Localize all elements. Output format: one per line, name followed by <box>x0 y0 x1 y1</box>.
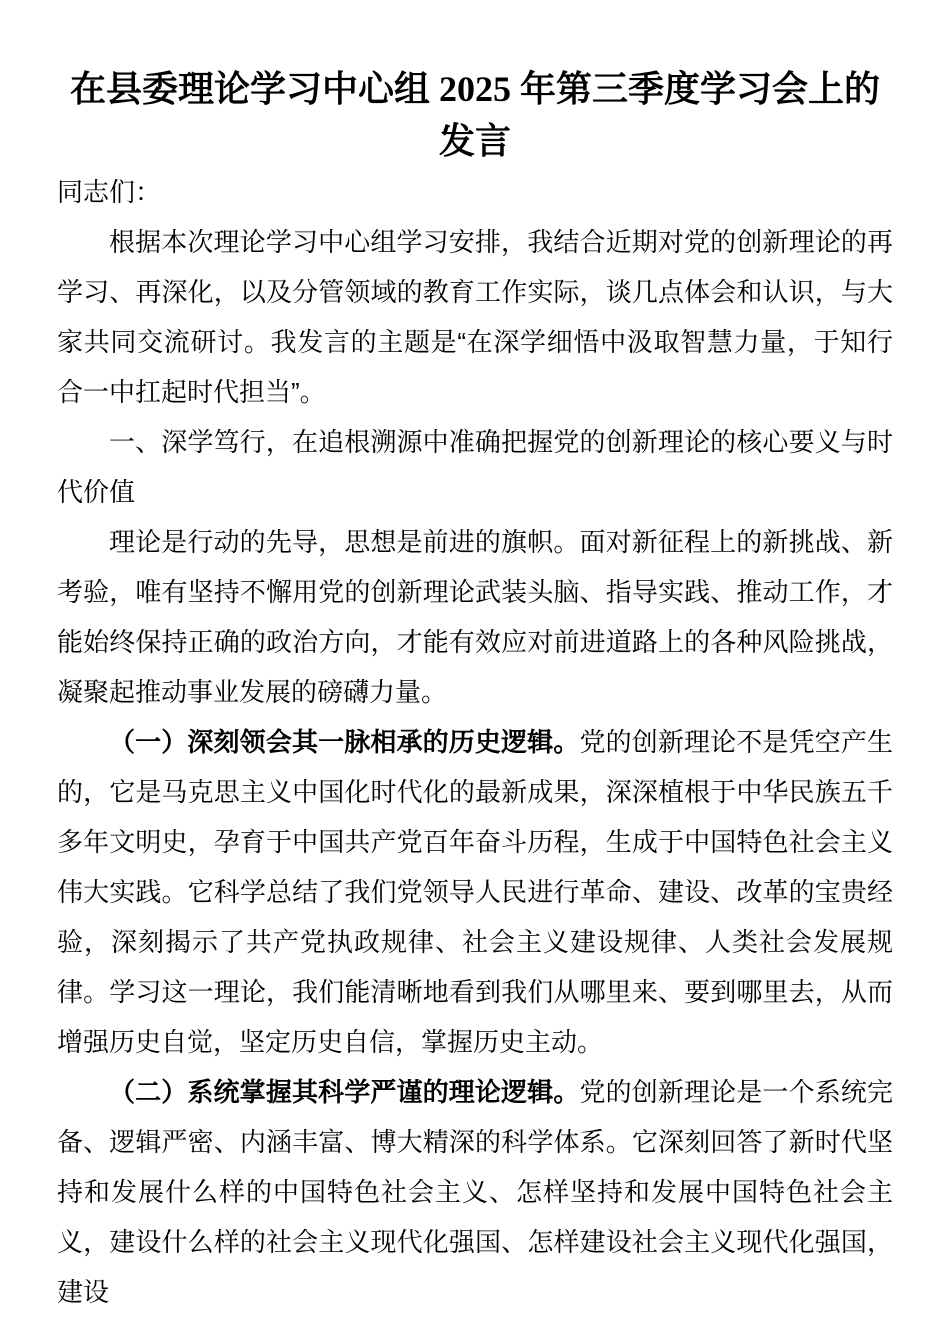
section-heading-1: 一、深学笃行，在追根溯源中准确把握党的创新理论的核心要义与时代价值 <box>57 417 893 517</box>
point-2-body: 党的创新理论是一个系统完备、逻辑严密、内涵丰富、博大精深的科学体系。它深刻回答了… <box>57 1077 893 1307</box>
paragraph-introduction: 根据本次理论学习中心组学习安排，我结合近期对党的创新理论的再学习、再深化，以及分… <box>57 217 893 417</box>
salutation: 同志们： <box>57 167 893 217</box>
paragraph-point-1: （一）深刻领会其一脉相承的历史逻辑。党的创新理论不是凭空产生的，它是马克思主义中… <box>57 717 893 1067</box>
point-1-lead: （一）深刻领会其一脉相承的历史逻辑。 <box>109 727 579 757</box>
document-page: 在县委理论学习中心组 2025 年第三季度学习会上的发言 同志们： 根据本次理论… <box>0 0 950 1344</box>
point-1-body: 党的创新理论不是凭空产生的，它是马克思主义中国化时代化的最新成果，深深植根于中华… <box>57 727 893 1057</box>
document-title: 在县委理论学习中心组 2025 年第三季度学习会上的发言 <box>57 63 893 167</box>
paragraph-point-2: （二）系统掌握其科学严谨的理论逻辑。党的创新理论是一个系统完备、逻辑严密、内涵丰… <box>57 1067 893 1317</box>
paragraph-theory-value: 理论是行动的先导，思想是前进的旗帜。面对新征程上的新挑战、新考验，唯有坚持不懈用… <box>57 517 893 717</box>
point-2-lead: （二）系统掌握其科学严谨的理论逻辑。 <box>109 1077 579 1107</box>
